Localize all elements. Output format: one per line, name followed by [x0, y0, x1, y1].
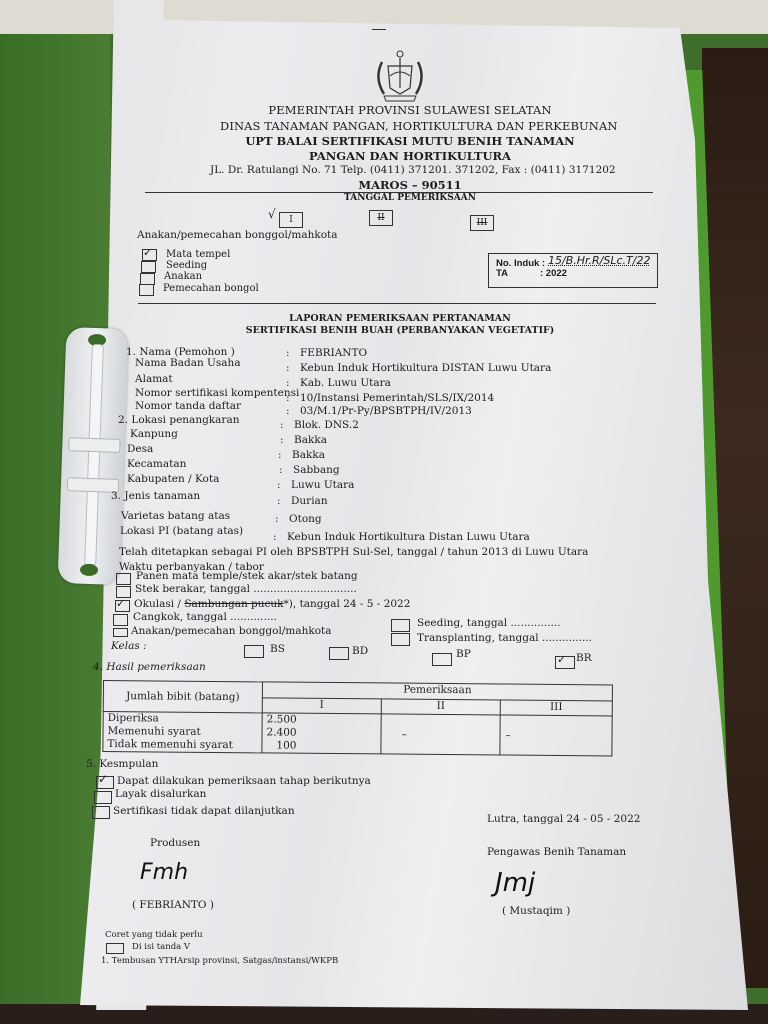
waktu-option-anakan: Anakan/pemecahan bonggol/mahkota [131, 625, 332, 637]
field-colon: : [275, 513, 279, 525]
waktu-option-transplanting: Transplanting, tanggal ............... [417, 632, 592, 644]
waktu-option-cangkok: Cangkok, tanggal .............. [133, 611, 277, 623]
inspection-date-title: TANGGAL PEMERIKSAAN [230, 193, 590, 203]
checkbox-anakan-pemecahan[interactable] [113, 628, 128, 637]
field-label: Varietas batang atas [121, 510, 230, 522]
field-label: Nomor sertifikasi kompentensi [135, 387, 299, 399]
field-colon: : [280, 419, 284, 431]
waktu-option-seeding: Seeding, tanggal ............... [417, 617, 561, 629]
stage-i-box[interactable]: I [279, 212, 303, 228]
hasil-title: 4. Hasil pemeriksaan [93, 661, 206, 673]
stage-i-check-icon: √ [268, 208, 276, 220]
place-date: Lutra, tanggal 24 - 05 - 2022 [487, 813, 640, 825]
checkbox-kelas-bd[interactable] [329, 647, 349, 660]
kelas-bs-label: BS [270, 643, 285, 655]
stage-ii-box[interactable]: II [369, 210, 393, 226]
field-colon: : [286, 347, 290, 359]
checkbox-transplanting[interactable] [391, 633, 410, 646]
kesimpulan-option-tidak: Sertifikasi tidak dapat dilanjutkan [113, 805, 295, 817]
field-value: Bakka [294, 434, 327, 446]
field-label: Kanpung [130, 428, 178, 440]
field-colon: : [277, 495, 281, 507]
sambungan-pucuk-struck: Sambungan pucuk [184, 598, 283, 610]
row-labels: Diperiksa Memenuhi syarat Tidak memenuhi… [103, 712, 262, 753]
stage-ii-values: – [381, 714, 500, 755]
waktu-option-okulasi: Okulasi / Sambungan pucuk*), tanggal 24 … [134, 598, 410, 610]
field-colon: : [279, 464, 283, 476]
field-label: Kabupaten / Kota [127, 473, 219, 485]
kelas-label: Kelas : [111, 640, 147, 652]
option-pemecahan-bongol-label: Pemecahan bongol [163, 283, 259, 294]
field-value: Kab. Luwu Utara [300, 377, 391, 389]
ta-label: TA [496, 268, 508, 279]
header-line-3: UPT BALAI SERTIFIKASI MUTU BENIH TANAMAN [230, 134, 590, 148]
header-city: MAROS – 90511 [230, 178, 590, 192]
report-title-2: SERTIFIKASI BENIH BUAH (PERBANYAKAN VEGE… [230, 325, 570, 336]
field-label: 3. Jenis tanaman [111, 490, 200, 502]
field-colon: : [286, 362, 290, 374]
col-header-jumlah: Jumlah bibit (batang) [103, 681, 262, 713]
footer-note-2: Di isi tanda V [132, 942, 190, 952]
header-line-1: PEMERINTAH PROVINSI SULAWESI SELATAN [230, 103, 590, 117]
field-colon: : [286, 405, 290, 417]
check-mark-icon: ✓ [143, 247, 152, 258]
field-value: Blok. DNS.2 [294, 419, 359, 431]
checkbox-kelas-bs[interactable] [244, 645, 264, 658]
field-value: Otong [289, 513, 322, 525]
field-value: Luwu Utara [291, 479, 354, 491]
okulasi-date: *), tanggal 24 - 5 - 2022 [284, 598, 411, 610]
field-label: Nomor tanda daftar [135, 400, 241, 412]
row-label-diperiksa: Diperiksa [108, 712, 258, 726]
stage-iii-values: – [500, 715, 612, 756]
checkbox-cangkok[interactable] [113, 614, 128, 626]
okulasi-label: Okulasi / [134, 598, 184, 610]
binder-clip [58, 327, 129, 585]
no-induk-value: 15/B.Hr.R/SLc.T/22 [548, 254, 650, 267]
producer-role: Produsen [150, 837, 200, 849]
value-diperiksa: 2.500 [267, 713, 377, 727]
option-seeding-label: Seeding [166, 260, 207, 271]
kesimpulan-title: 5. Kesmpulan [86, 758, 158, 770]
results-table: Jumlah bibit (batang) Pemeriksaan I II I… [102, 680, 613, 756]
col-stage-i: I [262, 697, 381, 714]
section-divider [138, 303, 656, 304]
check-mark-icon: ✓ [557, 654, 566, 665]
field-value: Kebun Induk Hortikultura DISTAN Luwu Uta… [300, 362, 551, 374]
ta-value: : 2022 [540, 268, 567, 279]
propagation-type-title: Anakan/pemecahan bonggol/mahkota [137, 229, 338, 241]
inspector-name: ( Mustaqim ) [502, 905, 570, 917]
field-value: Durian [291, 495, 328, 507]
header-address: JL. Dr. Ratulangi No. 71 Telp. (0411) 37… [210, 164, 610, 176]
waktu-option-stek: Stek berakar, tanggal ..................… [135, 583, 357, 595]
field-value: Sabbang [293, 464, 340, 476]
field-colon: : [280, 434, 284, 446]
field-colon: : [286, 392, 290, 404]
field-colon: : [277, 479, 281, 491]
footer-note-1: Coret yang tidak perlu [105, 930, 203, 940]
checkbox-sertifikasi-tidak[interactable] [92, 806, 110, 819]
kesimpulan-option-dapat: Dapat dilakukan pemeriksaan tahap beriku… [117, 775, 371, 787]
row-label-memenuhi: Memenuhi syarat [107, 725, 257, 739]
producer-signature: Fmh [140, 860, 188, 885]
producer-name: ( FEBRIANTO ) [132, 899, 214, 911]
waktu-option-panen: Panen mata temple/stek akar/stek batang [136, 570, 358, 582]
check-mark-icon: ✓ [98, 773, 108, 785]
kesimpulan-option-layak: Layak disalurkan [115, 788, 206, 800]
kelas-bd-label: BD [352, 645, 368, 657]
value-memenuhi: 2.400 [266, 726, 376, 740]
header-line-2: DINAS TANAMAN PANGAN, HORTIKULTURA DAN P… [220, 119, 600, 133]
checkbox-seeding-tanggal[interactable] [391, 619, 410, 632]
inspector-signature: Jmj [495, 868, 535, 898]
option-mata-tempel-label: Mata tempel [166, 249, 230, 260]
footer-note-3: 1. Tembusan YTHArsip provinsi, Satgas/in… [101, 956, 338, 966]
field-label: Lokasi PI (batang atas) [120, 525, 243, 537]
option-anakan-label: Anakan [164, 271, 202, 282]
check-mark-icon: ✓ [116, 598, 125, 609]
value-tidak-memenuhi: 100 [266, 739, 376, 753]
top-mark [372, 29, 386, 30]
inspector-role: Pengawas Benih Tanaman [487, 846, 626, 858]
field-label: Desa [127, 443, 153, 455]
checkbox-layak-disalurkan[interactable] [94, 791, 112, 804]
field-label: 2. Lokasi penangkaran [118, 414, 239, 426]
field-value: FEBRIANTO [300, 347, 367, 359]
col-stage-iii: III [500, 699, 612, 715]
checkbox-seeding[interactable] [141, 261, 156, 273]
checkbox-panen-mata[interactable] [116, 573, 131, 585]
kelas-bp-label: BP [456, 648, 471, 660]
row-label-tidak-memenuhi: Tidak memenuhi syarat [107, 738, 257, 752]
header-line-4: PANGAN DAN HORTIKULTURA [230, 149, 590, 163]
field-colon: : [278, 449, 282, 461]
field-value: Kebun Induk Hortikultura Distan Luwu Uta… [287, 531, 530, 543]
legend-checkbox [106, 943, 124, 954]
checkbox-pemecahan-bongol[interactable] [139, 284, 154, 296]
field-colon: : [273, 531, 277, 543]
kelas-br-label: BR [576, 652, 592, 664]
stage-iii-box[interactable]: III [470, 215, 494, 231]
province-emblem-icon [370, 48, 430, 106]
report-title-1: LAPORAN PEMERIKSAAN PERTANAMAN [240, 313, 560, 324]
field-label: Kecamatan [127, 458, 186, 470]
field-label: Nama Badan Usaha [135, 357, 241, 369]
col-stage-ii: II [381, 698, 500, 715]
field-value: 10/Instansi Pemerintah/SLS/IX/2014 [300, 392, 494, 404]
stage-i-values: 2.500 2.400 100 [262, 713, 381, 754]
field-label: Alamat [135, 373, 173, 385]
pi-statement: Telah ditetapkan sebagai PI oleh BPSBTPH… [119, 546, 588, 558]
checkbox-kelas-bp[interactable] [432, 653, 452, 666]
field-value: 03/M.1/Pr-Py/BPSBTPH/IV/2013 [300, 405, 472, 417]
field-value: Bakka [292, 449, 325, 461]
